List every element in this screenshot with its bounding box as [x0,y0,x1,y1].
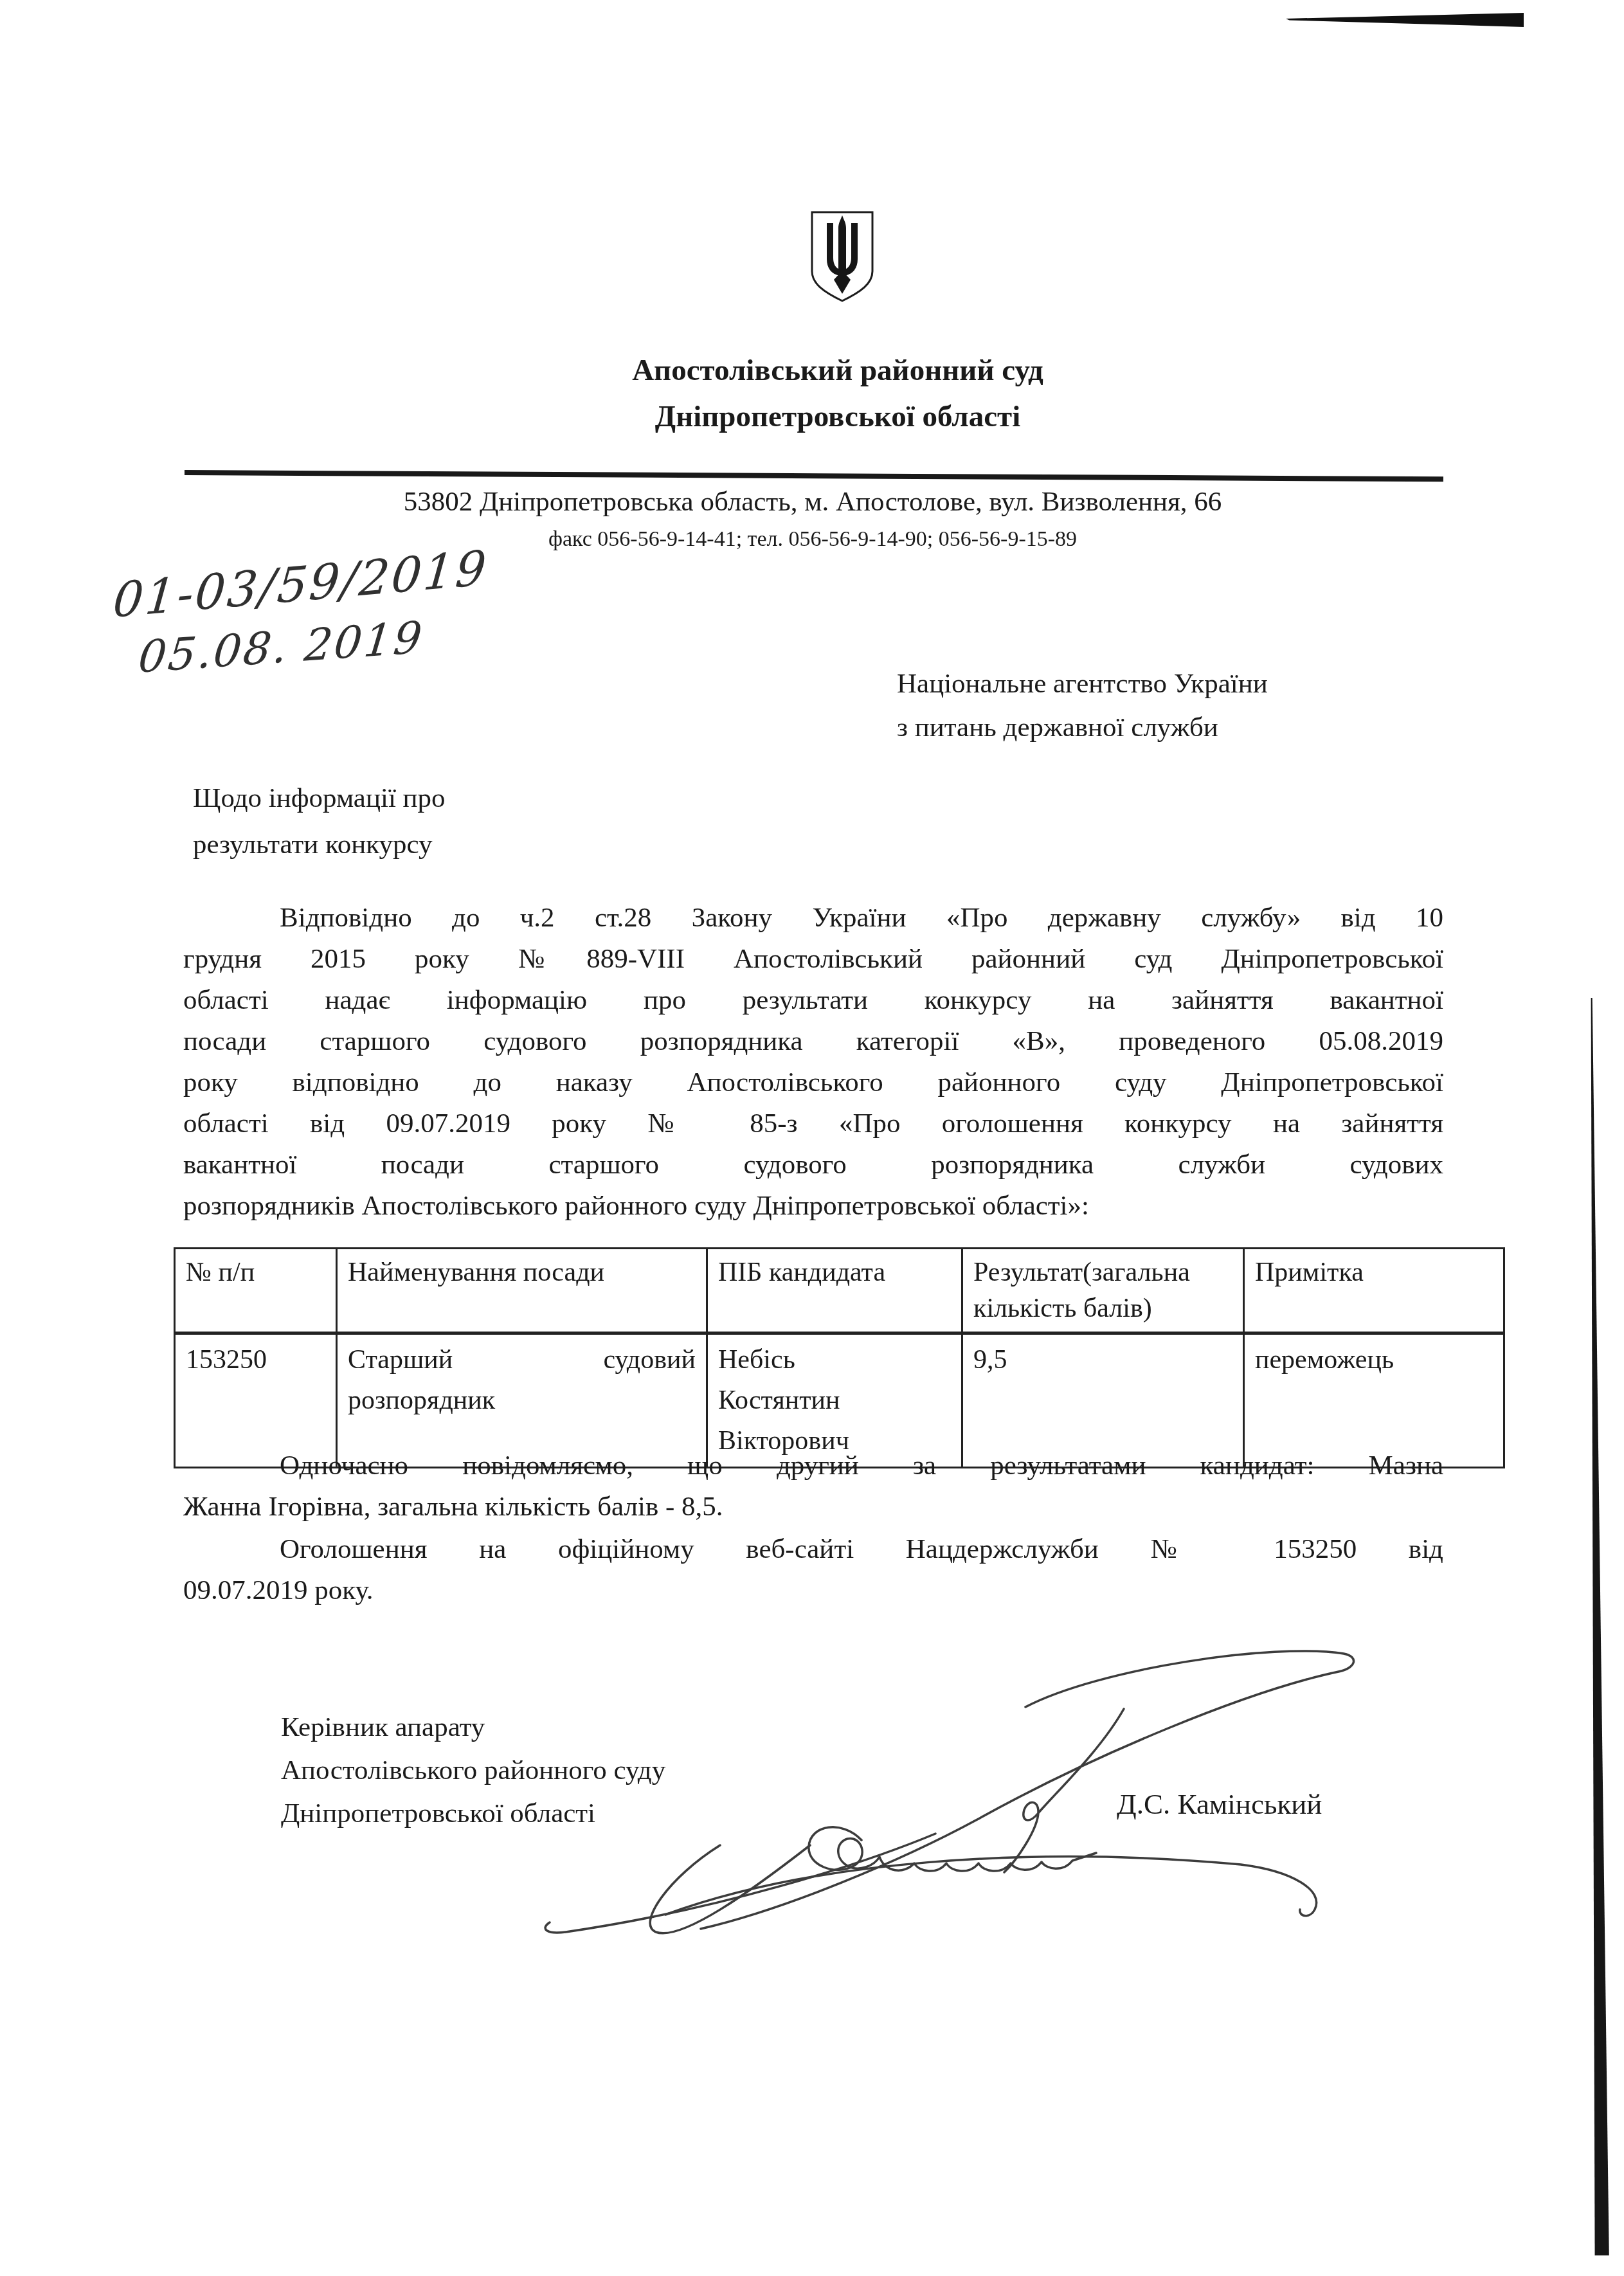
body-line: області від 09.07.2019 року № 85-з «Про … [183,1103,1443,1144]
scan-artifact-top [1286,12,1524,28]
recipient-block: Національне агентство України з питань д… [897,662,1268,750]
handwritten-reg-number: 01-03/59/2019 [111,540,490,629]
court-name-line1: Апостолівський районний суд [233,347,1442,393]
body-line: вакантної посади старшого судового розпо… [183,1144,1443,1186]
subject-line1: Щодо інформації про [193,775,446,822]
body-line: року відповідно до наказу Апостолівськог… [183,1062,1443,1103]
recipient-line2: з питань державної служби [897,706,1268,750]
court-name-heading: Апостолівський районний суд Дніпропетров… [233,347,1442,440]
after-table-paragraph-1: Одночасно повідомляємо, що другий за рез… [183,1445,1443,1528]
header-divider-line [185,470,1443,482]
paragraph-line: Жанна Ігорівна, загальна кількість балів… [183,1486,1443,1528]
court-contacts: факс 056-56-9-14-41; тел. 056-56-9-14-90… [182,527,1443,552]
paragraph-line: Одночасно повідомляємо, що другий за рез… [183,1445,1443,1486]
results-table: № п/пНайменування посадиПІБ кандидатаРез… [174,1247,1505,1468]
scan-artifact-right-edge [1591,998,1610,2255]
after-table-paragraph-2: Оголошення на офіційному веб-сайті Нацде… [183,1529,1443,1611]
recipient-line1: Національне агентство України [897,662,1268,706]
subject-line2: результати конкурсу [193,822,446,868]
body-line: області надає інформацію про результати … [183,980,1443,1021]
body-line: розпорядників Апостолівського районного … [183,1186,1443,1227]
tryzub-emblem-icon [807,209,877,304]
court-name-line2: Дніпропетровської області [233,393,1442,440]
table-header-cell: № п/п [175,1249,337,1333]
scanned-letter-page: Апостолівський районний суд Дніпропетров… [0,0,1624,2276]
table-header-cell: Найменування посади [337,1249,707,1333]
table-header-cell: Результат(загальна кількість балів) [962,1249,1244,1333]
signer-name: Д.С. Камінський [1117,1787,1322,1821]
body-paragraph: Відповідно до ч.2 ст.28 Закону України «… [183,898,1443,1227]
subject-block: Щодо інформації про результати конкурсу [193,775,446,868]
table-header-cell: Примітка [1244,1249,1504,1333]
body-line: посади старшого судового розпорядника ка… [183,1021,1443,1062]
table-header-cell: ПІБ кандидата [707,1249,962,1333]
handwritten-date: 05.08. 2019 [136,612,426,683]
court-address: 53802 Дніпропетровська область, м. Апост… [182,486,1443,518]
body-line: Відповідно до ч.2 ст.28 Закону України «… [183,898,1443,939]
paragraph-line: Оголошення на офіційному веб-сайті Нацде… [183,1529,1443,1570]
table-header-row: № п/пНайменування посадиПІБ кандидатаРез… [175,1249,1504,1333]
paragraph-line: 09.07.2019 року. [183,1570,1443,1611]
body-line: грудня 2015 року №889-VIII Апостолівськи… [183,939,1443,980]
